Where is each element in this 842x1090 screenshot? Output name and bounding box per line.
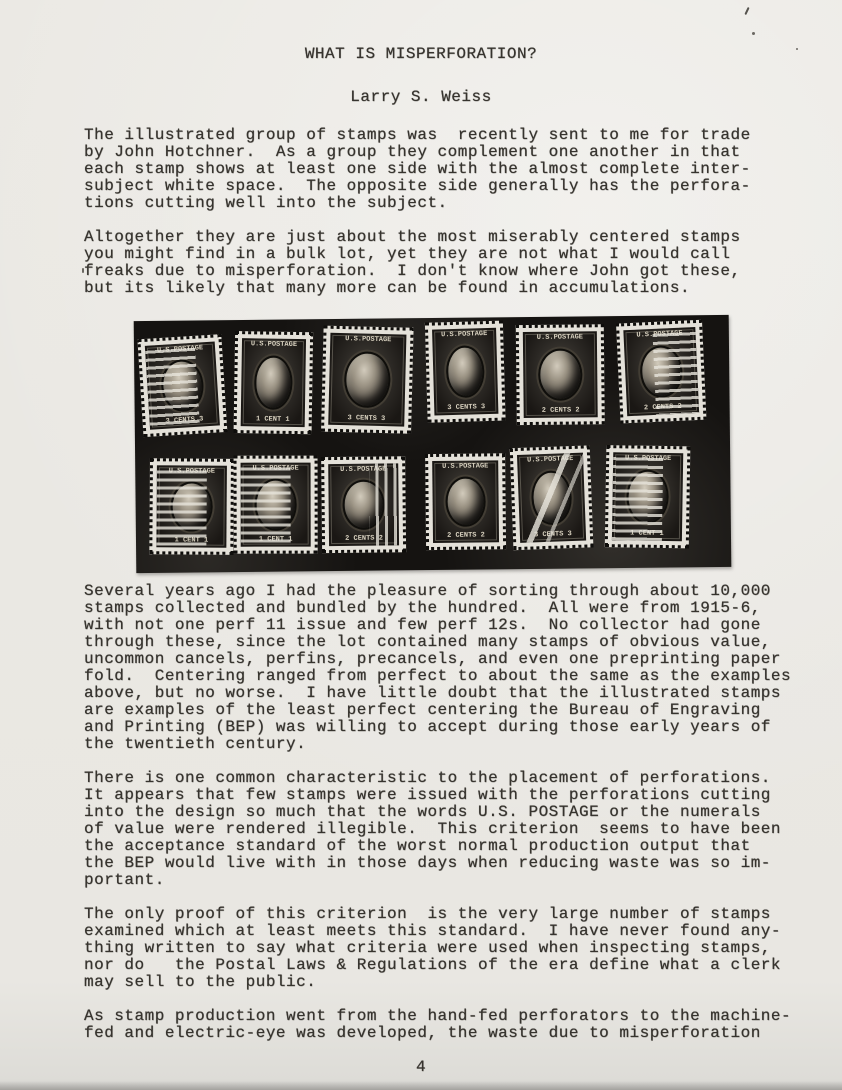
stamp-design: U.S.POSTAGE 1 CENT 1	[612, 452, 683, 541]
stamp-design: U.S.POSTAGE 1 CENT 1	[156, 465, 227, 547]
page-title: WHAT IS MISPERFORATION?	[84, 46, 758, 63]
stamp: U.S.POSTAGE 3 CENTS 3	[425, 321, 506, 423]
stamp: U.S.POSTAGE 1 CENT 1	[605, 445, 691, 548]
stamp-design: U.S.POSTAGE 2 CENTS 2	[523, 331, 598, 418]
paper-speck	[82, 268, 84, 273]
stamp-portrait	[255, 479, 297, 530]
stamp-postage-label: U.S.POSTAGE	[441, 330, 487, 340]
stamp-value-label: 1 CENT 1	[175, 536, 209, 545]
stamp-design: U.S.POSTAGE 3 CENTS 3	[517, 453, 586, 543]
stamp-postage-label: U.S.POSTAGE	[345, 335, 391, 345]
stamp-design: U.S.POSTAGE 2 CENTS 2	[328, 463, 399, 546]
paragraph-centering: Altogether they are just about the most …	[84, 229, 842, 297]
stamp-value-label: 1 CENT 1	[630, 529, 664, 539]
stamp-postage-label: U.S.POSTAGE	[537, 333, 583, 342]
stamp-design: U.S.POSTAGE 3 CENTS 3	[145, 342, 220, 430]
stamp: U.S.POSTAGE 2 CENTS 2	[321, 456, 406, 553]
stamp: U.S.POSTAGE 3 CENTS 3	[510, 445, 594, 550]
stamp-portrait	[160, 359, 205, 413]
stamp: U.S.POSTAGE 1 CENT 1	[234, 456, 318, 554]
stamp-value-label: 2 CENTS 2	[644, 403, 682, 414]
stamp-design: U.S.POSTAGE 1 CENT 1	[241, 338, 306, 427]
stamp-postage-label: U.S.POSTAGE	[527, 455, 574, 466]
stamp-value-label: 3 CENTS 3	[534, 530, 572, 540]
stamp: U.S.POSTAGE 2 CENTS 2	[616, 320, 706, 424]
stamp: U.S.POSTAGE 3 CENTS 3	[321, 326, 414, 434]
stamp-value-label: 1 CENT 1	[256, 415, 290, 425]
stamp-design: U.S.POSTAGE 3 CENTS 3	[328, 333, 406, 427]
stamp-postage-label: U.S.POSTAGE	[251, 340, 297, 350]
stamp-value-label: 3 CENTS 3	[165, 415, 203, 426]
paragraph-characteristic: There is one common characteristic to th…	[84, 770, 842, 889]
scan-edge-shadow	[0, 1081, 842, 1090]
stamp-portrait	[639, 345, 684, 399]
stamp-value-label: 1 CENT 1	[259, 536, 293, 545]
stamp-postage-label: U.S.POSTAGE	[169, 467, 215, 476]
stamp-postage-label: U.S.POSTAGE	[636, 330, 683, 341]
stamp-postage-label: U.S.POSTAGE	[157, 344, 204, 356]
paragraph-production: As stamp production went from the hand-f…	[84, 1008, 842, 1042]
stamp: U.S.POSTAGE 1 CENT 1	[234, 331, 314, 434]
stamp-value-label: 3 CENTS 3	[447, 403, 485, 413]
stamp-design: U.S.POSTAGE 3 CENTS 3	[432, 328, 498, 416]
stamp-postage-label: U.S.POSTAGE	[442, 462, 488, 471]
stamp-postage-label: U.S.POSTAGE	[252, 465, 298, 474]
stamp: U.S.POSTAGE 2 CENTS 2	[425, 453, 506, 550]
paper-speck	[744, 7, 749, 15]
stamp-portrait	[446, 476, 486, 526]
paragraph-intro: The illustrated group of stamps was rece…	[84, 127, 842, 212]
stamp: U.S.POSTAGE 2 CENTS 2	[516, 324, 605, 425]
stamp-design: U.S.POSTAGE 1 CENT 1	[241, 463, 311, 547]
stamp-photo: U.S.POSTAGE 3 CENTS 3 U.S.POSTAGE 1 CENT…	[134, 315, 732, 573]
stamp: U.S.POSTAGE 1 CENT 1	[149, 458, 234, 555]
stamp-portrait	[342, 480, 384, 530]
stamp-portrait	[344, 351, 390, 408]
stamp-portrait	[531, 470, 573, 525]
stamp-portrait	[538, 348, 582, 401]
author-byline: Larry S. Weiss	[84, 89, 758, 106]
stamp-value-label: 2 CENTS 2	[542, 406, 580, 415]
stamp-design: U.S.POSTAGE 2 CENTS 2	[623, 327, 699, 416]
stamp-portrait	[254, 356, 293, 410]
paper-speck	[752, 32, 755, 35]
stamp-value-label: 3 CENTS 3	[347, 414, 385, 424]
stamp-postage-label: U.S.POSTAGE	[340, 465, 386, 474]
stamp-portrait	[445, 345, 485, 398]
page-number: 4	[84, 1059, 758, 1076]
document-page: WHAT IS MISPERFORATION? Larry S. Weiss T…	[0, 0, 842, 1090]
stamp-postage-label: U.S.POSTAGE	[625, 454, 671, 464]
stamp-value-label: 2 CENTS 2	[345, 535, 383, 544]
stamp-design: U.S.POSTAGE 2 CENTS 2	[432, 460, 499, 543]
stamp: U.S.POSTAGE 3 CENTS 3	[137, 334, 227, 437]
stamp-portrait	[171, 481, 213, 531]
paragraph-proof: The only proof of this criterion is the …	[84, 906, 842, 991]
paper-speck	[796, 48, 798, 50]
stamp-value-label: 2 CENTS 2	[447, 531, 485, 540]
paragraph-sorting: Several years ago I had the pleasure of …	[84, 583, 842, 753]
stamp-portrait	[626, 470, 669, 524]
